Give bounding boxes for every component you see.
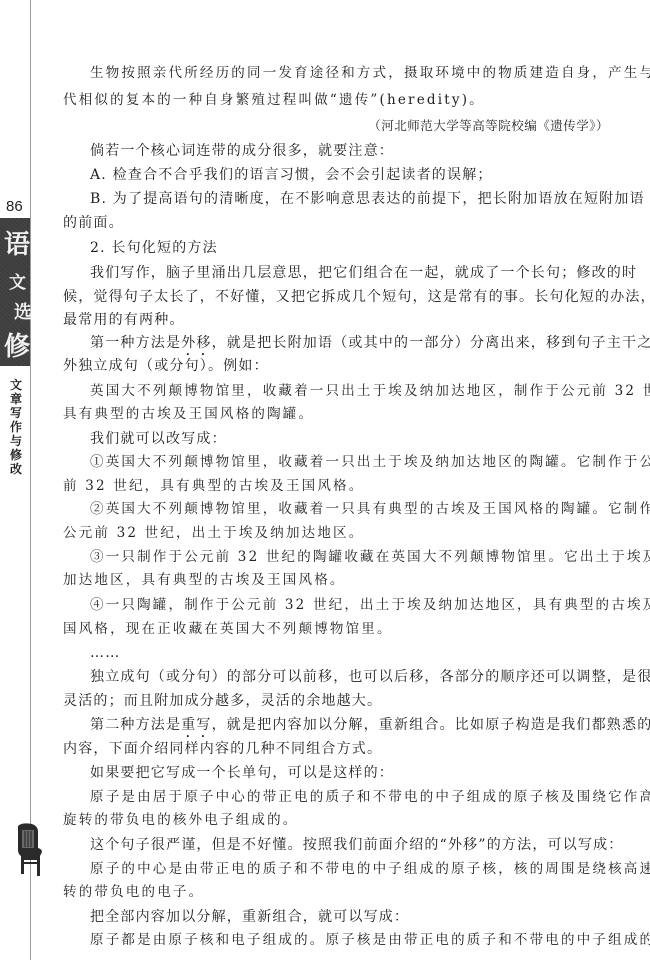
list-item-b: 的前面。 [63, 214, 609, 232]
paragraph-line: 候，觉得句子太长了，不好懂，又把它拆成几个短句，这是常有的事。长句化短的办法， [63, 288, 609, 306]
rewrite-1: 前 32 世纪，具有典型的古埃及王国风格。 [63, 477, 609, 495]
ellipsis: …… [63, 644, 609, 662]
section-heading: 2. 长句化短的方法 [63, 239, 609, 257]
chair-icon [14, 822, 46, 878]
sidebar-subtitle: 文章写作与修改 [9, 378, 23, 476]
paragraph-line: 这个句子很严谨，但是不好懂。按照我们前面介绍的“外移”的方法，可以写成： [63, 836, 609, 854]
method-one-line: 第一种方法是外移，就是把长附加语（或其中的一部分）分离出来，移到句子主干之 [63, 334, 609, 352]
quote-line: 代相似的复本的一种自身繁殖过程叫做“遗传”(heredity)。 [63, 91, 609, 109]
paragraph-line: 把全部内容加以分解，重新组合，就可以写成： [63, 908, 609, 926]
page-number: 86 [6, 198, 23, 215]
emphasis-term: 外移 [181, 335, 211, 351]
text: 第二种方法是 [90, 717, 181, 733]
paragraph-line: 最常用的有两种。 [63, 311, 609, 329]
text: ，就是把内容加以分解，重新组合。比如原子构造是我们都熟悉的 [212, 717, 650, 733]
example-line: 原子是由居于原子中心的带正电的质子和不带电的中子组成的原子核及围绕它作高速 [63, 788, 609, 806]
example-line: 转的带负电的电子。 [63, 883, 609, 901]
band-char: 选 [14, 298, 32, 324]
band-char: 语 [4, 224, 30, 261]
example-line: 具有典型的古埃及王国风格的陶罐。 [63, 405, 609, 423]
list-item-a: A. 检查合不合乎我们的语言习惯，会不会引起读者的误解； [63, 166, 609, 184]
quote-line: 生物按照亲代所经历的同一发育途径和方式，摄取环境中的物质建造自身，产生与亲 [63, 64, 609, 82]
example-line: 旋转的带负电的核外电子组成的。 [63, 811, 609, 829]
paragraph-line: 独立成句（或分句）的部分可以前移，也可以后移，各部分的顺序还可以调整，是很 [63, 668, 609, 686]
paragraph-line: 我们写作，脑子里涌出几层意思，把它们组合在一起，就成了一个长句；修改的时 [63, 264, 609, 282]
band-char: 修 [4, 326, 30, 363]
text: 第一种方法是 [90, 335, 181, 351]
rewrite-2: 公元前 32 世纪，出土于埃及纳加达地区。 [63, 524, 609, 542]
paragraph-line: 内容，下面介绍同样内容的几种不同组合方式。 [63, 740, 609, 758]
rewrite-4: 国风格，现在正收藏在英国大不列颠博物馆里。 [63, 620, 609, 638]
band-char: 文 [9, 268, 26, 293]
list-item-b: B. 为了提高语句的清晰度，在不影响意思表达的前提下，把长附加语放在短附加语 [63, 190, 609, 208]
text: ，就是把长附加语（或其中的一部分）分离出来，移到句子主干之 [212, 335, 650, 351]
paragraph-line: 灵活的；而且附加成分越多，灵活的余地越大。 [63, 692, 609, 710]
emphasis-term: 重写 [181, 717, 211, 733]
example-line: 英国大不列颠博物馆里，收藏着一只出土于埃及纳加达地区，制作于公元前 32 世纪， [63, 382, 609, 400]
rewrite-4: ④一只陶罐，制作于公元前 32 世纪，出土于埃及纳加达地区，具有典型的古埃及王 [63, 596, 609, 614]
rewrite-3: ③一只制作于公元前 32 世纪的陶罐收藏在英国大不列颠博物馆里。它出土于埃及纳 [63, 548, 609, 566]
method-two-line: 第二种方法是重写，就是把内容加以分解，重新组合。比如原子构造是我们都熟悉的 [63, 716, 609, 734]
paragraph-line: 外独立成句（或分句）。例如： [63, 357, 609, 375]
paragraph-line: 倘若一个核心词连带的成分很多，就要注意： [63, 142, 609, 160]
example-line: 原子的中心是由带正电的质子和不带电的中子组成的原子核，核的周围是绕核高速旋 [63, 860, 609, 878]
rewrite-3: 加达地区，具有典型的古埃及王国风格。 [63, 571, 609, 589]
rewrite-1: ①英国大不列颠博物馆里，收藏着一只出土于埃及纳加达地区的陶罐。它制作于公元 [63, 453, 609, 471]
quote-source: （河北师范大学等高等院校编《遗传学》） [63, 117, 609, 135]
paragraph-line: 我们就可以改写成： [63, 430, 609, 448]
paragraph-line: 如果要把它写成一个长单句，可以是这样的： [63, 764, 609, 782]
margin-divider-line [30, 0, 31, 960]
sidebar-title-band: 语 文 选 修 [0, 218, 30, 366]
rewrite-2: ②英国大不列颠博物馆里，收藏着一只具有典型的古埃及王国风格的陶罐。它制作于 [63, 500, 609, 518]
example-line: 原子都是由原子核和电子组成的。原子核是由带正电的质子和不带电的中子组成的， [63, 931, 609, 949]
